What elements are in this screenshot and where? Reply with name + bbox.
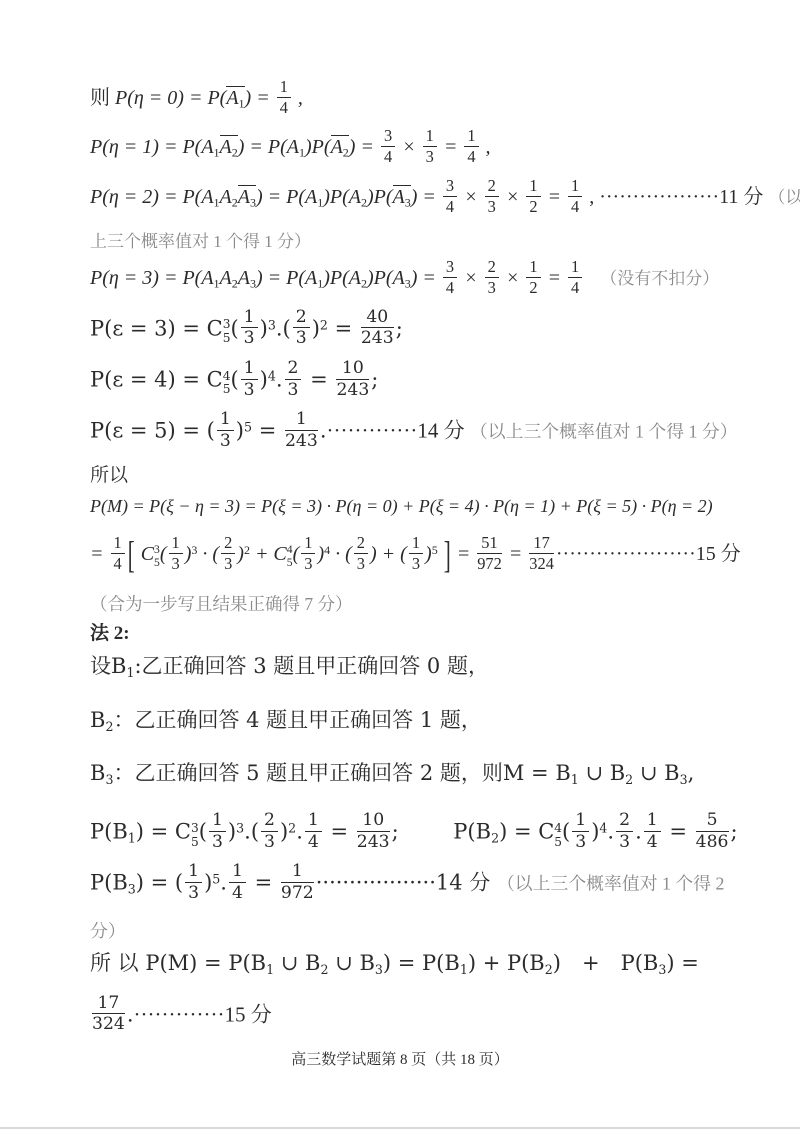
- text-run: :乙正确回答 3 题且甲正确回答 0 题，: [134, 654, 489, 678]
- text-run: B: [90, 708, 105, 732]
- text-run: 则: [90, 87, 115, 109]
- fraction: 34: [443, 177, 457, 215]
- text-run: ) = (: [136, 871, 183, 895]
- text-run: =: [252, 419, 283, 443]
- subscript: 2: [491, 831, 499, 846]
- math-line-11: = 14[ C35(13)3 · (23)2 + C45(13)4 · (23)…: [90, 536, 730, 574]
- text-run: (: [230, 316, 238, 340]
- text-run: ∪ B: [633, 761, 679, 785]
- fraction: 14: [111, 534, 125, 572]
- superscript: 3: [268, 317, 276, 332]
- overline-group: A3: [238, 185, 256, 209]
- text-run: .: [220, 871, 227, 895]
- text-run: .: [320, 419, 327, 443]
- fraction: 23: [221, 534, 235, 572]
- text-run: P(M) = P(ξ − η = 3) = P(ξ = 3) · P(η = 0…: [90, 496, 713, 516]
- text-run: .: [635, 820, 642, 844]
- text-run: (: [251, 820, 259, 844]
- text-run: A: [238, 186, 250, 208]
- text-run: （以上三个概率值对 1 个得 1 分）: [470, 422, 738, 442]
- fraction: 1243: [285, 410, 318, 450]
- text-run: ;: [731, 820, 738, 844]
- text-run: ): [228, 820, 236, 844]
- fraction: 12: [526, 177, 540, 215]
- fraction: 13: [241, 359, 258, 399]
- fraction: 13: [301, 534, 315, 572]
- text-run: ) + (: [370, 543, 407, 565]
- text-run: =: [248, 871, 279, 895]
- text-run: )P(A: [367, 267, 405, 289]
- text-run: ) =: [245, 87, 275, 109]
- fraction: 14: [305, 811, 322, 851]
- fraction: 5486: [696, 811, 729, 851]
- overline-group: A2: [331, 135, 349, 159]
- text-run: =: [439, 136, 463, 158]
- text-run: ) =: [349, 136, 379, 158]
- superscript: 3: [236, 821, 244, 836]
- text-run: ) = C: [499, 820, 554, 844]
- superscript: 2: [320, 317, 328, 332]
- text-run: )P(A: [323, 267, 361, 289]
- fraction: 14: [277, 78, 291, 116]
- document-body: 则 P(η = 0) = P(A1) = 14 ,P(η = 1) = P(A1…: [0, 0, 800, 1036]
- fraction: 51972: [477, 534, 502, 572]
- fraction: 14: [568, 177, 582, 215]
- text-run: ·············14 分: [327, 419, 470, 443]
- text-run: .: [607, 820, 614, 844]
- text-run: =: [90, 543, 109, 565]
- text-run: .: [296, 820, 303, 844]
- text-run: ,: [481, 136, 491, 158]
- text-run: (: [230, 368, 238, 392]
- text-run: )P(: [305, 136, 331, 158]
- fraction: 23: [261, 811, 278, 851]
- text-run: · (: [197, 543, 219, 565]
- text-run: （以: [768, 188, 800, 207]
- text-run: ): [553, 951, 561, 975]
- fraction: 40243: [361, 308, 394, 348]
- page-footer: 高三数学试题第 8 页（共 18 页）: [0, 1048, 800, 1069]
- text-run: ··················14 分: [316, 871, 497, 895]
- text-run: P(η = 3) = P(A: [90, 267, 214, 289]
- text-run: ×: [501, 186, 525, 208]
- text-run: ): [260, 316, 268, 340]
- text-run: A: [226, 87, 238, 109]
- text-run: ∪ B: [579, 761, 625, 785]
- fraction: 23: [485, 258, 499, 296]
- text-run: A: [220, 186, 232, 208]
- text-run: ：乙正确回答 4 题且甲正确回答 1 题，: [113, 708, 481, 732]
- subscript: 2: [545, 962, 553, 977]
- math-line-2: P(η = 1) = P(A1A2) = P(A1)P(A2) = 34 × 1…: [90, 129, 730, 167]
- math-line-6: P(ε = 3) = C35(13)3.(23)2 = 40243;: [90, 310, 730, 350]
- fraction: 13: [423, 127, 437, 165]
- text-run: ): [260, 368, 268, 392]
- text-run: (: [160, 543, 167, 565]
- text-run: ;: [396, 316, 403, 340]
- text-run: 法 2:: [90, 623, 130, 644]
- combination-scripts: 35: [191, 822, 199, 849]
- text-run: ,: [584, 186, 599, 208]
- math-line-21: 17324.·············15 分: [90, 996, 730, 1036]
- big-bracket: [: [127, 530, 136, 581]
- subscript: 1: [266, 962, 274, 977]
- text-run: ×: [459, 186, 483, 208]
- text-run: P(η = 0) = P(: [115, 87, 226, 109]
- text-run: B: [90, 761, 105, 785]
- fraction: 14: [229, 862, 246, 902]
- text-run: ∪ B: [274, 951, 320, 975]
- text-run: ) =: [666, 951, 698, 975]
- text-run: P(B: [90, 820, 128, 844]
- superscript: 5: [432, 543, 438, 557]
- subscript: 1: [128, 831, 136, 846]
- fraction: 14: [644, 811, 661, 851]
- math-line-5: P(η = 3) = P(A1A2A3) = P(A1)P(A2)P(A3) =…: [90, 260, 730, 298]
- overline-group: A2: [220, 135, 238, 159]
- text-run: ) + P(B: [468, 951, 545, 975]
- text-run: P(ε = 4) = C: [90, 368, 223, 392]
- superscript: 2: [288, 821, 296, 836]
- text-run: (: [562, 820, 570, 844]
- text-run: A: [220, 136, 232, 158]
- fraction: 14: [464, 127, 478, 165]
- math-line-8: P(ε = 5) = (13)5 = 1243.·············14 …: [90, 412, 730, 452]
- text-run: +: [582, 951, 600, 975]
- text-run: A: [220, 267, 232, 289]
- combination-scripts: 45: [554, 822, 562, 849]
- fraction: 13: [572, 811, 589, 851]
- math-line-7: P(ε = 4) = C45(13)4.23 = 10243;: [90, 361, 730, 401]
- text-run: =: [543, 267, 567, 289]
- subscript: 2: [625, 772, 633, 787]
- text-run: ,: [688, 761, 695, 785]
- text-run: .: [127, 1002, 134, 1026]
- fraction: 23: [616, 811, 633, 851]
- math-line-4: 上三个概率值对 1 个得 1 分）: [90, 228, 730, 255]
- text-run: ·····················15 分: [556, 543, 741, 565]
- math-line-15: B2：乙正确回答 4 题且甲正确回答 1 题，: [90, 706, 730, 735]
- text-run: =: [504, 543, 528, 565]
- text-run: 上三个概率值对 1 个得 1 分）: [90, 232, 311, 251]
- text-run: 所 以 P(M) = P(B: [90, 951, 266, 975]
- fraction: 34: [443, 258, 457, 296]
- math-line-10: P(M) = P(ξ − η = 3) = P(ξ = 3) · P(η = 0…: [90, 494, 730, 518]
- text-run: .: [276, 316, 283, 340]
- text-run: =: [452, 543, 476, 565]
- text-run: · (: [330, 543, 352, 565]
- text-run: ×: [501, 267, 525, 289]
- text-run: A: [393, 186, 405, 208]
- text-run: ) = P(A: [256, 186, 317, 208]
- text-run: P(ε = 5) = (: [90, 419, 215, 443]
- text-run: ): [425, 543, 432, 565]
- text-run: ) =: [411, 267, 441, 289]
- text-run: ): [236, 419, 244, 443]
- big-bracket: ]: [443, 530, 452, 581]
- text-run: ) = P(A: [238, 136, 299, 158]
- math-line-18: P(B3) = (13)5.14 = 1972·················…: [90, 864, 730, 904]
- text-run: ) =: [411, 186, 441, 208]
- fraction: 23: [285, 359, 302, 399]
- text-run: .: [244, 820, 251, 844]
- fraction: 13: [409, 534, 423, 572]
- fraction: 23: [354, 534, 368, 572]
- text-run: (: [283, 316, 291, 340]
- fraction: 13: [169, 534, 183, 572]
- text-run: =: [324, 820, 355, 844]
- math-line-12: （合为一步写且结果正确得 7 分）: [90, 593, 730, 617]
- text-run: ,: [293, 87, 303, 109]
- fraction: 1972: [281, 862, 314, 902]
- text-run: =: [328, 316, 359, 340]
- overline-group: A3: [393, 185, 411, 209]
- text-run: （合为一步写且结果正确得 7 分）: [90, 594, 353, 614]
- scanned-exam-page: 则 P(η = 0) = P(A1) = 14 ,P(η = 1) = P(A1…: [0, 0, 800, 1131]
- math-line-1: 则 P(η = 0) = P(A1) = 14 ,: [90, 80, 730, 118]
- math-line-20: 所 以 P(M) = P(B1 ∪ B2 ∪ B3) = P(B1) + P(B…: [90, 949, 730, 978]
- text-run: (: [199, 820, 207, 844]
- fraction: 13: [217, 410, 234, 450]
- text-run: ) = P(B: [383, 951, 460, 975]
- text-run: )P(A: [323, 186, 361, 208]
- subscript: 3: [680, 772, 688, 787]
- math-line-9: 所以: [90, 463, 730, 489]
- text-run: 设B: [90, 654, 126, 678]
- text-run: P(η = 2) = P(A: [90, 186, 214, 208]
- fraction: 17324: [92, 994, 125, 1034]
- subscript: 1: [460, 962, 468, 977]
- text-run: 所以: [90, 465, 128, 486]
- text-run: (: [293, 543, 300, 565]
- math-line-19: 分）: [90, 916, 730, 944]
- fraction: 14: [568, 258, 582, 296]
- math-line-17: P(B1) = C35(13)3.(23)2.14 = 10243;P(B2) …: [90, 813, 730, 853]
- subscript: 3: [375, 962, 383, 977]
- fraction: 10243: [357, 811, 390, 851]
- text-run: ): [312, 316, 320, 340]
- page-bottom-edge: [0, 1127, 800, 1129]
- text-run: P(B: [90, 871, 128, 895]
- text-run: P(B: [453, 820, 491, 844]
- overline-group: A1: [226, 86, 244, 110]
- superscript: 5: [244, 419, 252, 434]
- text-run: P(η = 1) = P(A: [90, 136, 214, 158]
- fraction: 17324: [529, 534, 554, 572]
- text-run: ;: [371, 368, 378, 392]
- fraction: 13: [185, 862, 202, 902]
- text-run: ;: [392, 820, 399, 844]
- superscript: 4: [268, 368, 276, 383]
- text-run: ) = C: [136, 820, 191, 844]
- text-run: ): [280, 820, 288, 844]
- text-run: ×: [397, 136, 421, 158]
- fraction: 13: [241, 308, 258, 348]
- text-run: )P(: [367, 186, 393, 208]
- math-line-3: P(η = 2) = P(A1A2A3) = P(A1)P(A2)P(A3) =…: [90, 179, 730, 217]
- text-run: =: [663, 820, 694, 844]
- math-line-14: 设B1:乙正确回答 3 题且甲正确回答 0 题，: [90, 652, 730, 681]
- text-run: .: [276, 368, 283, 392]
- text-run: ∪ B: [329, 951, 375, 975]
- subscript: 3: [128, 882, 136, 897]
- text-run: =: [303, 368, 334, 392]
- subscript: 2: [320, 962, 328, 977]
- text-run: ): [237, 543, 244, 565]
- math-line-13: 法 2:: [90, 621, 730, 647]
- text-run: =: [543, 186, 567, 208]
- fraction: 34: [381, 127, 395, 165]
- text-run: 分）: [90, 921, 126, 941]
- text-run: P(B: [621, 951, 659, 975]
- math-line-16: B3：乙正确回答 5 题且甲正确回答 2 题，则M = B1 ∪ B2 ∪ B3…: [90, 759, 730, 788]
- text-run: （没有不扣分）: [600, 269, 719, 288]
- text-run: ··················11 分: [599, 186, 768, 208]
- text-run: ：乙正确回答 5 题且甲正确回答 2 题，则M = B: [113, 761, 570, 785]
- text-run: ) = P(A: [256, 267, 317, 289]
- text-run: ×: [459, 267, 483, 289]
- text-run: （以上三个概率值对 1 个得 2: [497, 874, 725, 894]
- text-run: ·············15 分: [134, 1002, 272, 1026]
- fraction: 13: [209, 811, 226, 851]
- fraction: 12: [526, 258, 540, 296]
- fraction: 23: [485, 177, 499, 215]
- text-run: P(ε = 3) = C: [90, 316, 223, 340]
- text-run: + C: [250, 543, 287, 565]
- subscript: 1: [571, 772, 579, 787]
- text-run: A: [331, 136, 343, 158]
- fraction: 23: [293, 308, 310, 348]
- text-run: C: [136, 543, 154, 565]
- text-run: A: [238, 267, 250, 289]
- fraction: 10243: [336, 359, 369, 399]
